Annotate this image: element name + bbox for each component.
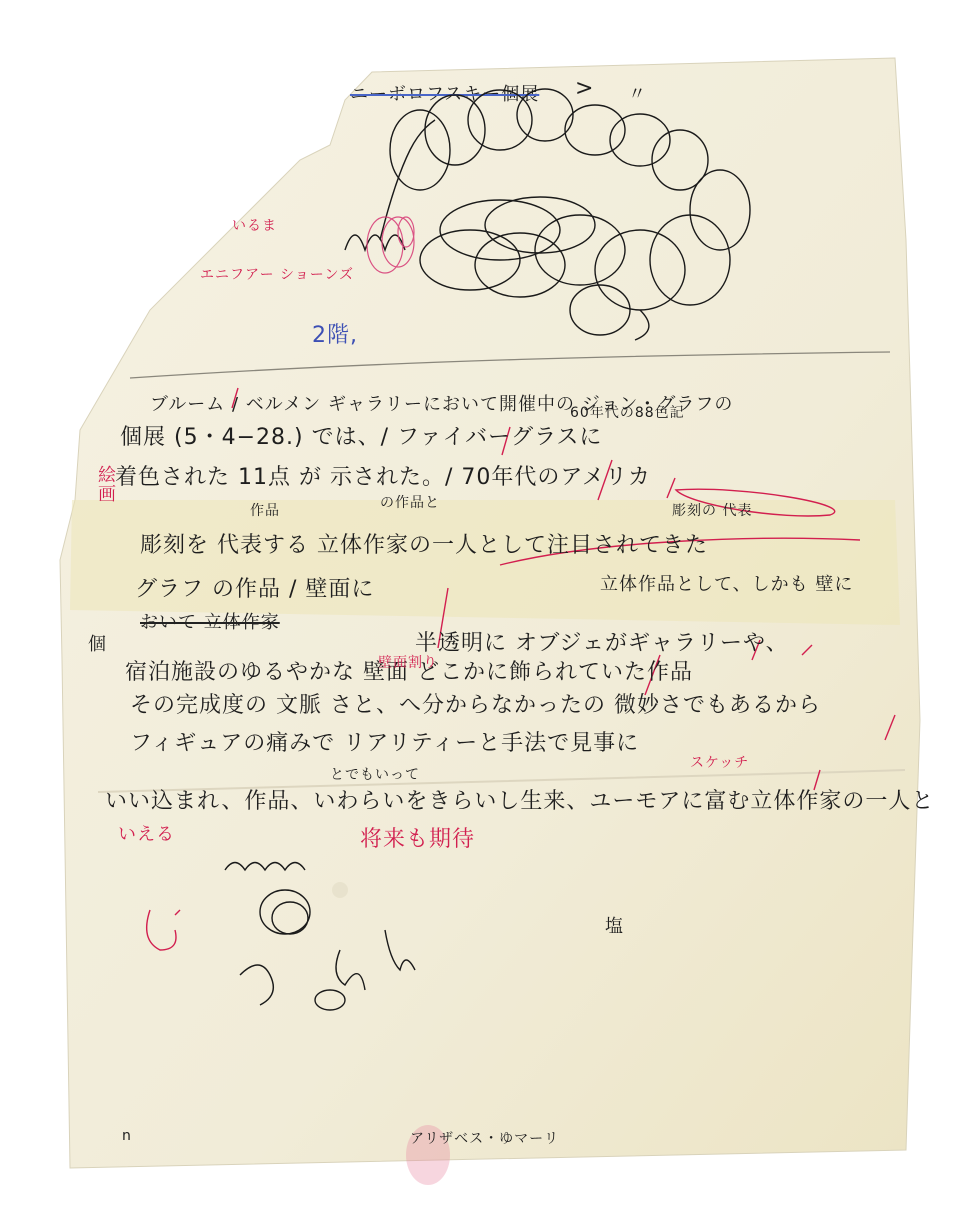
text-insert: 60年代の88色記 xyxy=(570,402,685,422)
margin-note-black: 個 xyxy=(88,630,107,656)
text-insert: とでもいって xyxy=(330,764,420,784)
text-insert: 作品 xyxy=(250,500,280,520)
text-line: フィギュアの痛みで リアリティーと手法で見事に xyxy=(130,726,639,757)
manuscript-page: ニーボロフスキー個展 > 〃 いるま エニフアー ショーンズ 2階, xyxy=(0,0,960,1223)
red-note-2: エニフアー ショーンズ xyxy=(200,264,354,284)
red-insert: 壁面割り xyxy=(378,652,438,672)
red-text-line: いえる xyxy=(118,820,175,846)
signature: 塩 xyxy=(605,912,624,938)
text-line: 個展 (5・4−28.) では、/ ファイバーグラスに xyxy=(120,420,602,451)
red-text-line: 将来も期待 xyxy=(360,822,475,853)
text-insert: 彫刻の 代表 xyxy=(672,500,752,520)
text-line: いい込まれ、作品、いわらいをきらいし生来、ユーモアに富む立体作家の一人と xyxy=(105,784,934,815)
red-insert: スケッチ xyxy=(690,752,749,772)
text-line-struck: おいて 立体作家 xyxy=(140,608,280,634)
ditto-mark: 〃 xyxy=(628,80,647,106)
text-insert: 立体作品として、しかも 壁に xyxy=(600,570,853,596)
red-note-1: いるま xyxy=(232,215,277,235)
margin-note-red: 絵画 xyxy=(92,465,118,503)
text-line: その完成度の 文脈 さと、へ分からなかったの 微妙さでもあるから xyxy=(130,688,821,719)
floor-note: 2階, xyxy=(312,318,358,349)
text-line: 着色された 11点 が 示された。/ 70年代のアメリカ xyxy=(115,460,651,491)
text-line: グラフ の作品 / 壁面に xyxy=(135,572,374,603)
text-insert: の作品と xyxy=(380,492,440,512)
footer-credit: アリザベス・ゆマーリ xyxy=(410,1128,559,1148)
header-suffix: > xyxy=(575,76,594,101)
text-line: 半透明に オブジェがギャラリーや、 xyxy=(415,626,789,657)
header-title: ニーボロフスキー個展 xyxy=(350,80,539,106)
text-line: 彫刻を 代表する 立体作家の一人として注目されてきた xyxy=(140,528,708,559)
page-mark: n xyxy=(122,1128,132,1144)
